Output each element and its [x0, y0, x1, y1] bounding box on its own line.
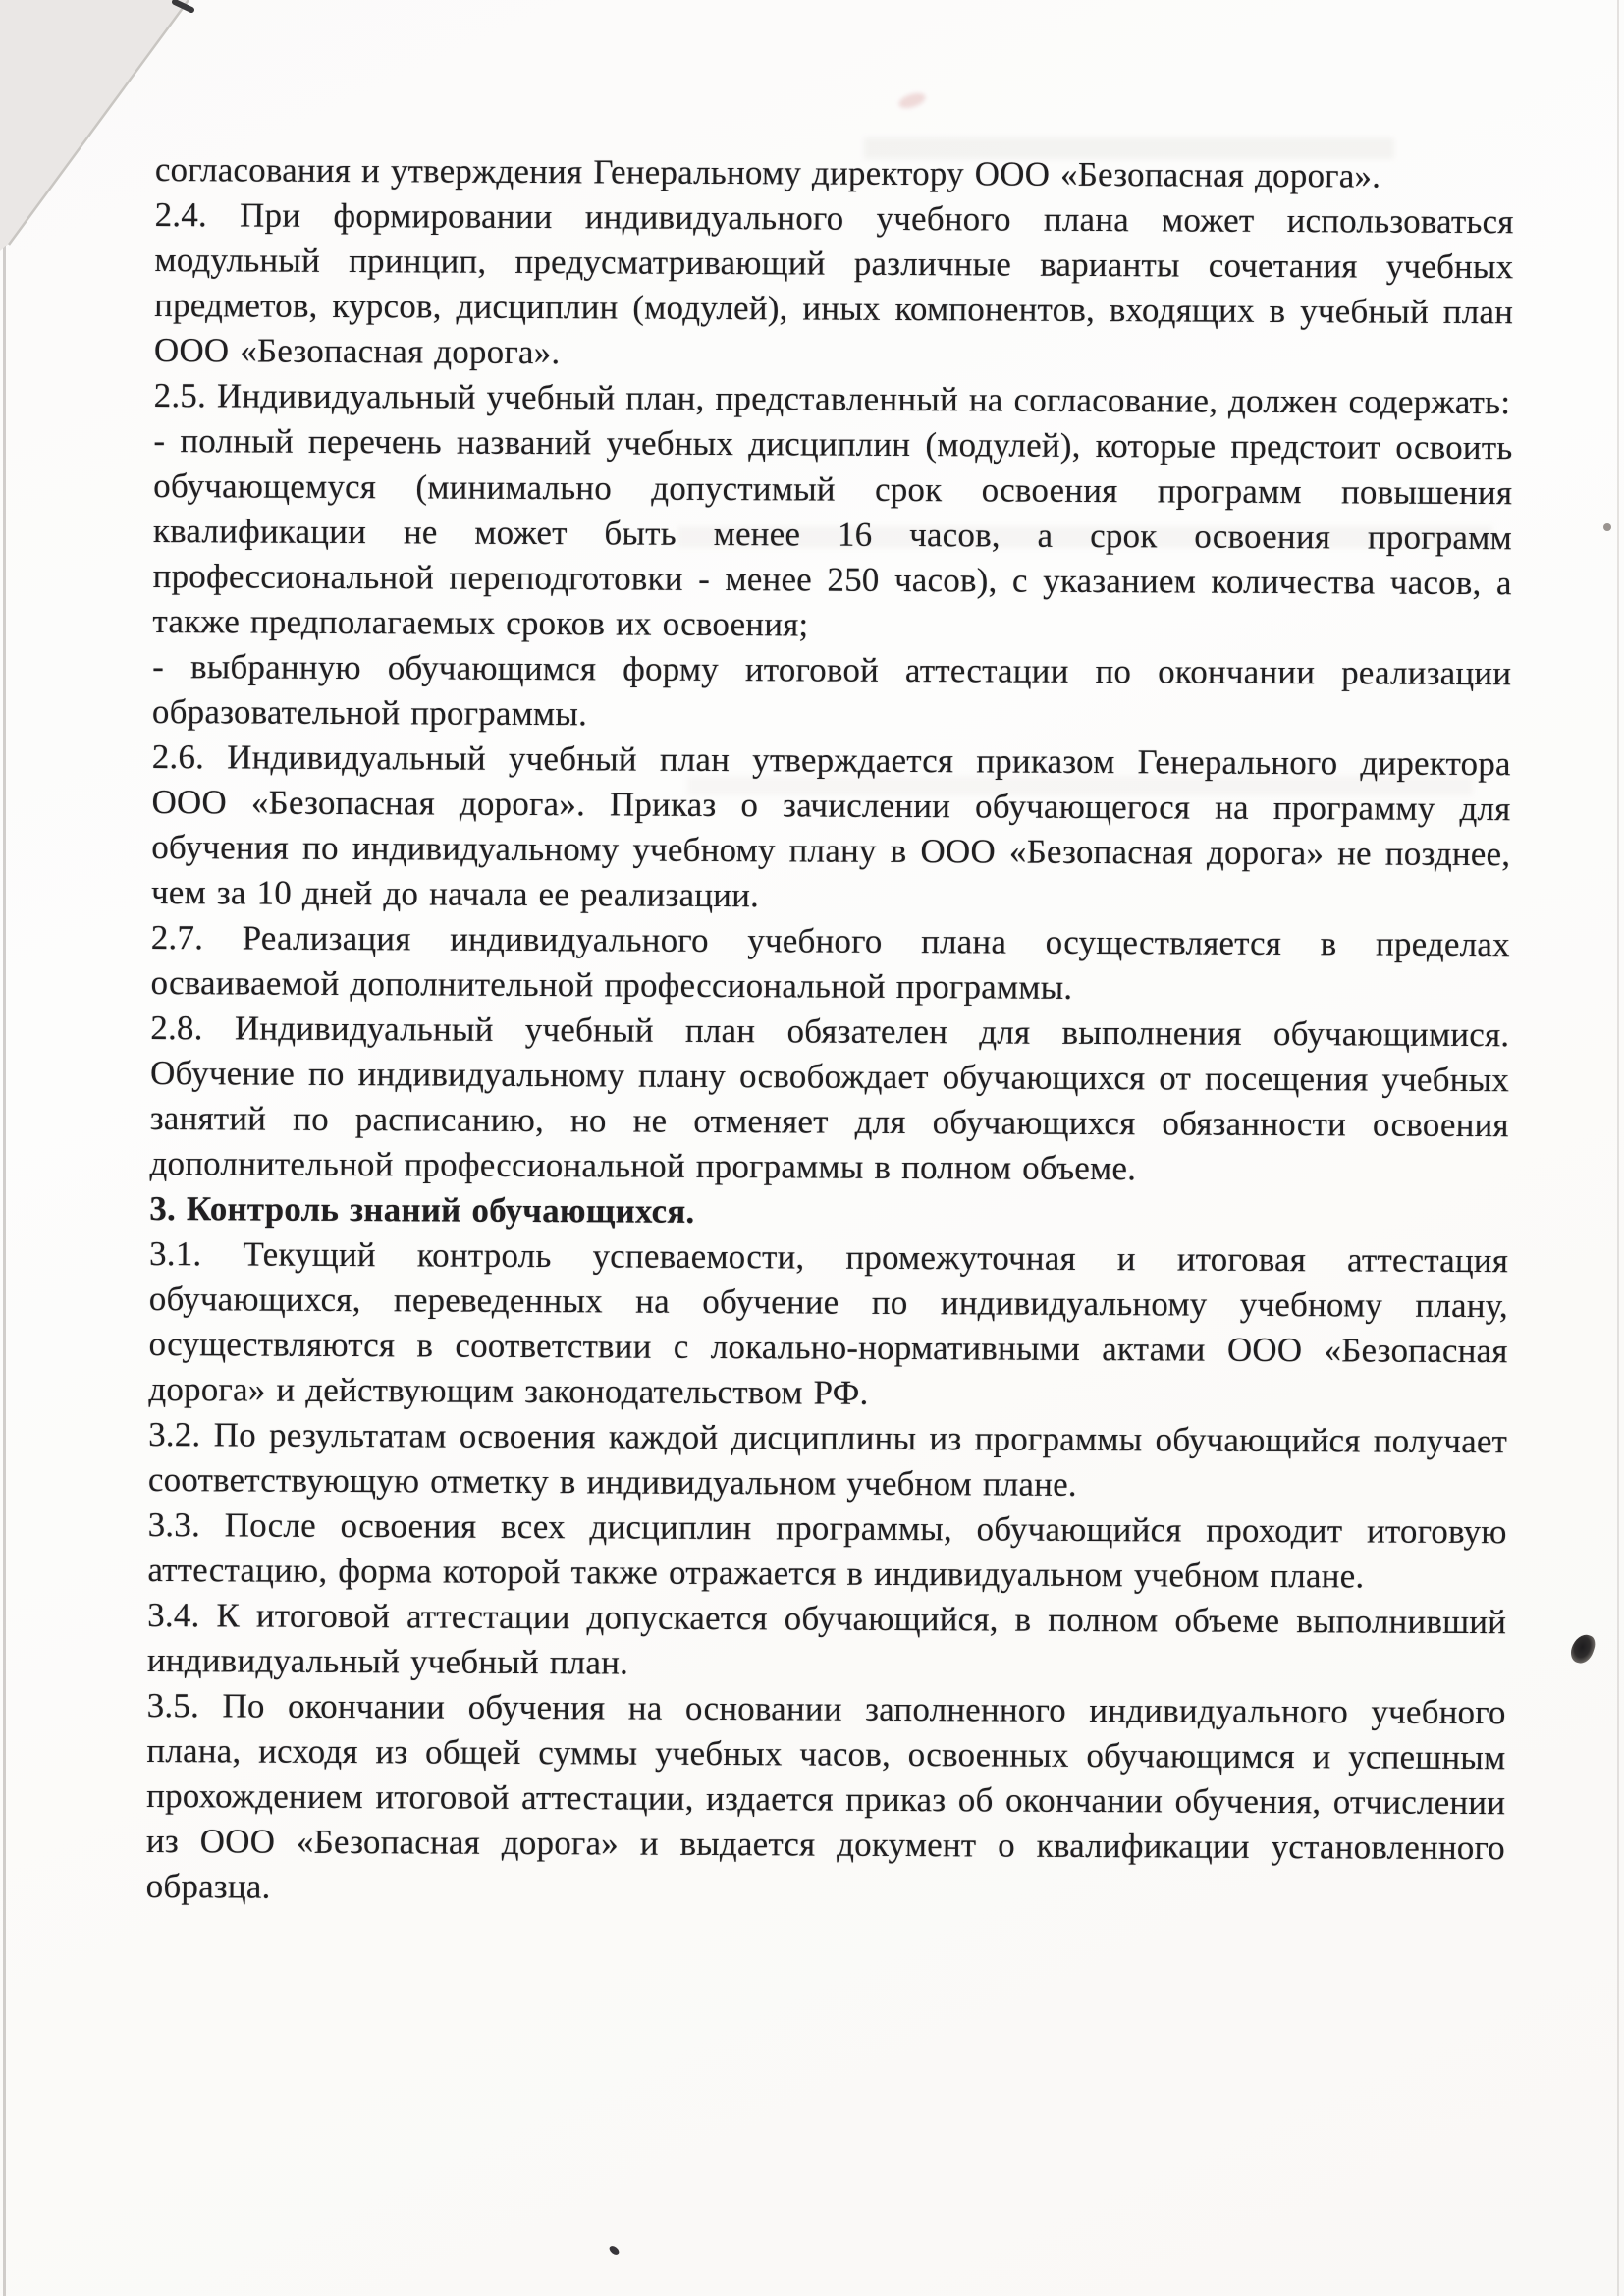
- paragraph-2-4: 2.4. При формировании индивидуального уч…: [154, 192, 1514, 380]
- paragraph-2-8: 2.8. Индивидуальный учебный план обязате…: [149, 1006, 1509, 1193]
- ink-blot: [1568, 1631, 1597, 1666]
- paragraph-3-1: 3.1. Текущий контроль успеваемости, пром…: [148, 1231, 1508, 1419]
- dust-dot: [1603, 523, 1611, 531]
- page-left-edge-shadow: [3, 0, 6, 2296]
- page-right-edge-shadow: [1617, 0, 1619, 2296]
- dust-speck: [608, 2244, 621, 2256]
- list-item-attestation-form: - выбранную обучающимся форму итоговой а…: [152, 644, 1511, 741]
- paragraph-2-7: 2.7. Реализация индивидуального учебного…: [150, 915, 1509, 1012]
- document-text-block: согласования и утверждения Генеральному …: [146, 147, 1514, 1916]
- pink-smudge: [897, 90, 928, 111]
- paragraph-3-5: 3.5. По окончании обучения на основании …: [146, 1683, 1506, 1916]
- paragraph-3-2: 3.2. По результатам освоения каждой дисц…: [148, 1412, 1507, 1509]
- section-heading-3: 3. Контроль знаний обучающихся.: [149, 1186, 1508, 1238]
- paragraph-2-6: 2.6. Индивидуальный учебный план утвержд…: [151, 735, 1511, 922]
- list-item-disciplines: - полный перечень названий учебных дисци…: [152, 418, 1512, 651]
- paragraph-3-4: 3.4. К итоговой аттестации допускается о…: [147, 1593, 1506, 1690]
- scanned-document-page: согласования и утверждения Генеральному …: [0, 0, 1624, 2296]
- paragraph-2-5: 2.5. Индивидуальный учебный план, предст…: [154, 373, 1513, 425]
- paragraph-3-3: 3.3. После освоения всех дисциплин прогр…: [147, 1503, 1506, 1600]
- paragraph-continuation: согласования и утверждения Генеральному …: [155, 147, 1514, 199]
